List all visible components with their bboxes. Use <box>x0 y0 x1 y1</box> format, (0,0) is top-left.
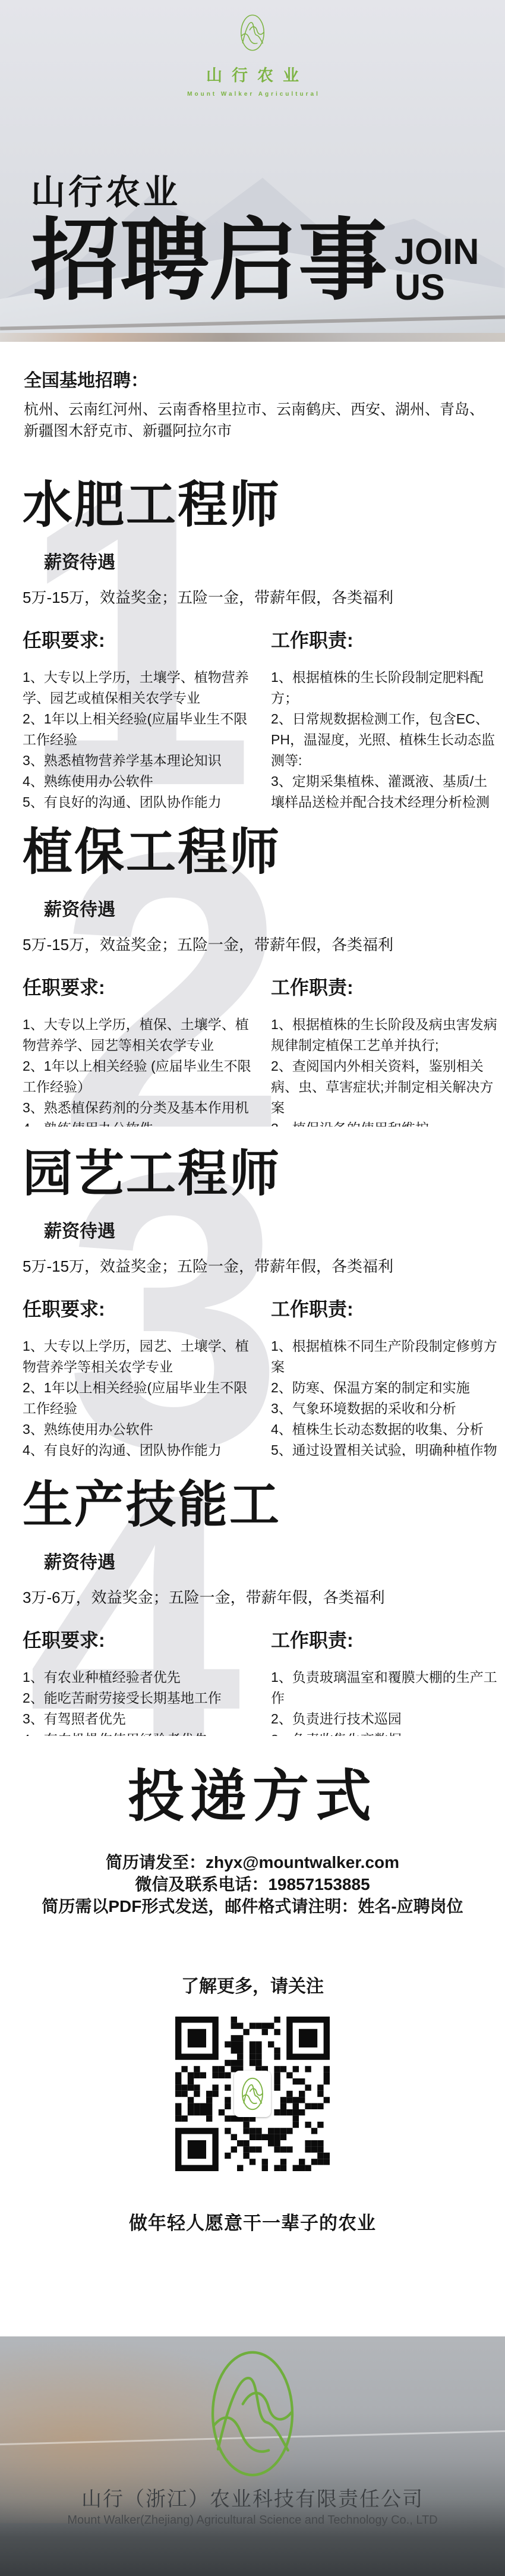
qr-code-block <box>175 2017 330 2171</box>
list-item: 3、熟悉植物营养学基本理论知识 <box>23 750 259 771</box>
requirements-heading: 任职要求: <box>23 973 259 1000</box>
apply-email-line: 简历请发至：zhyx@mountwalker.com <box>0 1851 505 1873</box>
list-item: 4、熟练使用办公软件 <box>23 1118 259 1127</box>
list-item: 2、日常规数据检测工作，包含EC、PH，温湿度，光照、植株生长动态监测等: <box>271 709 498 771</box>
duties-heading: 工作职责: <box>271 625 498 653</box>
requirements-list: 1、有农业种植经验者优先 2、能吃苦耐劳接受长期基地工作 3、有驾照者优先 4、… <box>23 1667 259 1736</box>
list-item: 1、负责玻璃温室和覆膜大棚的生产工作 <box>271 1667 498 1709</box>
hero-title-block: 山行农业 招聘启事 JOIN US <box>31 164 479 307</box>
follow-heading: 了解更多，请关注 <box>0 1971 505 1998</box>
list-item: 5、有良好的沟通、团队协作能力 <box>23 792 259 809</box>
requirements-list: 1、大专以上学历，植保、土壤学、植物营养学、园艺等相关农学专业 2、1年以上相关… <box>23 1014 259 1127</box>
mountain-circle-logo-icon <box>239 2077 266 2111</box>
national-bases-section: 全国基地招聘： 杭州、云南红河州、云南香格里拉市、云南鹤庆、西安、湖州、青岛、新… <box>0 342 505 452</box>
list-item: 2、能吃苦耐劳接受长期基地工作 <box>23 1688 259 1709</box>
salary-text: 5万-15万，效益奖金；五险一金，带薪年假，各类福利 <box>23 586 498 608</box>
poster-main-title: 招聘启事 <box>31 216 387 307</box>
list-item: 1、大专以上学历，植保、土壤学、植物营养学、园艺等相关农学专业 <box>23 1014 259 1056</box>
duties-heading: 工作职责: <box>271 1294 498 1322</box>
salary-text: 5万-15万，效益奖金；五险一金，带薪年假，各类福利 <box>23 1254 498 1276</box>
qr-center-logo <box>234 2071 271 2117</box>
list-item: 3、负责收集生产数据 <box>271 1729 498 1736</box>
list-item: 4、有良好的沟通、团队协作能力 <box>23 1440 259 1457</box>
list-item: 1、根据植株的生长阶段及病虫害发病规律制定植保工艺单并执行; <box>271 1014 498 1056</box>
list-item: 4、熟练使用办公软件 <box>23 771 259 792</box>
slogan-text: 做年轻人愿意干一辈子的农业 <box>0 2208 505 2235</box>
list-item: 2、查阅国内外相关资料，鉴别相关病、虫、草害症状;并制定相关解决方案 <box>271 1056 498 1118</box>
list-item: 1、大专以上学历，园艺、土壤学、植物营养学等相关农学专业 <box>23 1336 259 1377</box>
duties-list: 1、根据植株不同生产阶段制定修剪方案 2、防寒、保温方案的制定和实施 3、气象环… <box>271 1336 498 1457</box>
job-title: 植保工程师 <box>23 812 498 884</box>
list-item: 5、通过设置相关试验，明确种植作物的基本特性如花芽分化条件、植株枝性、芽性等 <box>271 1440 498 1457</box>
list-item: 1、根据植株不同生产阶段制定修剪方案 <box>271 1336 498 1377</box>
footer-mountain-logo-icon <box>198 2346 307 2481</box>
list-item: 3、熟练使用办公软件 <box>23 1419 259 1440</box>
list-item: 2、1年以上相关经验 (应届毕业生不限工作经验） <box>23 1056 259 1097</box>
salary-heading: 薪资待遇 <box>44 548 498 574</box>
list-item: 2、1年以上相关经验(应届毕业生不限工作经验 <box>23 709 259 750</box>
list-item: 4、有农机操作使用经验者优先 <box>23 1729 259 1736</box>
salary-heading: 薪资待遇 <box>44 1548 498 1574</box>
list-item: 1、大专以上学历，土壤学、植物营养学、园艺或植保相关农学专业 <box>23 667 259 709</box>
join-us-label: JOIN US <box>394 234 479 306</box>
apply-format-line: 简历需以PDF形式发送，邮件格式请注明：姓名-应聘岗位 <box>0 1895 505 1917</box>
list-item: 1、有农业种植经验者优先 <box>23 1667 259 1688</box>
job-section-production-worker: 4 生产技能工 薪资待遇 3万-6万，效益奖金；五险一金，带薪年假，各类福利 任… <box>0 1457 505 1736</box>
salary-heading: 薪资待遇 <box>44 1216 498 1243</box>
bases-heading: 全国基地招聘： <box>24 366 481 392</box>
brand-name-en: Mount Walker Agricultural <box>0 91 505 97</box>
job-section-horticulture-engineer: 3 园艺工程师 薪资待遇 5万-15万，效益奖金；五险一金，带薪年假，各类福利 … <box>0 1127 505 1457</box>
list-item: 4、植株生长动态数据的收集、分析 <box>271 1419 498 1440</box>
follow-section: 了解更多，请关注 做年轻人愿意干一辈子的农业 <box>0 1944 505 2336</box>
application-title: 投递方式 <box>0 1751 505 1832</box>
footer-section: 山行（浙江）农业科技有限责任公司 Mount Walker(Zhejiang) … <box>0 2336 505 2576</box>
salary-heading: 薪资待遇 <box>44 895 498 921</box>
duties-heading: 工作职责: <box>271 1625 498 1653</box>
job-section-irrigation-engineer: 1 水肥工程师 薪资待遇 5万-15万，效益奖金；五险一金，带薪年假，各类福利 … <box>0 452 505 809</box>
application-section: 投递方式 简历请发至：zhyx@mountwalker.com 微信及联系电话：… <box>0 1736 505 1944</box>
list-item: 3、定期采集植株、灌溉液、基质/土壤样品送检并配合技术经理分析检测结果 <box>271 771 498 809</box>
apply-wechat-phone-line: 微信及联系电话：19857153885 <box>0 1873 505 1895</box>
requirements-list: 1、大专以上学历，园艺、土壤学、植物营养学等相关农学专业 2、1年以上相关经验(… <box>23 1336 259 1457</box>
list-item: 2、负责进行技术巡园 <box>271 1709 498 1729</box>
duties-list: 1、根据植株的生长阶段及病虫害发病规律制定植保工艺单并执行; 2、查阅国内外相关… <box>271 1014 498 1127</box>
bases-locations: 杭州、云南红河州、云南香格里拉市、云南鹤庆、西安、湖州、青岛、新疆图木舒克市、新… <box>24 399 487 442</box>
brand-block: 山行农业 Mount Walker Agricultural <box>0 13 505 97</box>
job-section-plant-protection-engineer: 2 植保工程师 薪资待遇 5万-15万，效益奖金；五险一金，带薪年假，各类福利 … <box>0 809 505 1127</box>
photo-bottom-strip <box>0 333 505 342</box>
list-item: 3、熟悉植保药剂的分类及基本作用机 <box>23 1097 259 1118</box>
salary-text: 5万-15万，效益奖金；五险一金，带薪年假，各类福利 <box>23 933 498 955</box>
footer-company-name-en: Mount Walker(Zhejiang) Agricultural Scie… <box>0 2514 505 2527</box>
requirements-heading: 任职要求: <box>23 625 259 653</box>
job-title: 生产技能工 <box>23 1465 498 1537</box>
salary-text: 3万-6万，效益奖金；五险一金，带薪年假，各类福利 <box>23 1586 498 1608</box>
list-item: 3、有驾照者优先 <box>23 1709 259 1729</box>
list-item: 2、防寒、保温方案的制定和实施 <box>271 1377 498 1398</box>
list-item: 3、气象环境数据的采收和分析 <box>271 1398 498 1419</box>
requirements-heading: 任职要求: <box>23 1294 259 1322</box>
hero-company-name: 山行农业 <box>31 164 479 214</box>
requirements-list: 1、大专以上学历，土壤学、植物营养学、园艺或植保相关农学专业 2、1年以上相关经… <box>23 667 259 809</box>
duties-heading: 工作职责: <box>271 973 498 1000</box>
recruitment-poster: 山行农业 Mount Walker Agricultural 山行农业 招聘启事… <box>0 0 505 2576</box>
list-item: 2、1年以上相关经验(应届毕业生不限工作经验 <box>23 1377 259 1419</box>
mountain-circle-logo-icon <box>237 13 268 52</box>
footer-company-name-cn: 山行（浙江）农业科技有限责任公司 <box>0 2483 505 2512</box>
brand-name-cn: 山行农业 <box>0 62 505 86</box>
hero-banner: 山行农业 Mount Walker Agricultural 山行农业 招聘启事… <box>0 0 505 342</box>
list-item: 1、根据植株的生长阶段制定肥料配方； <box>271 667 498 709</box>
duties-list: 1、根据植株的生长阶段制定肥料配方； 2、日常规数据检测工作，包含EC、PH，温… <box>271 667 498 809</box>
list-item: 3、植保设备的使用和维护 <box>271 1118 498 1127</box>
requirements-heading: 任职要求: <box>23 1625 259 1653</box>
join-line1: JOIN <box>394 234 479 270</box>
job-title: 水肥工程师 <box>23 465 498 537</box>
job-title: 园艺工程师 <box>23 1134 498 1206</box>
join-line2: US <box>394 270 479 306</box>
duties-list: 1、负责玻璃温室和覆膜大棚的生产工作 2、负责进行技术巡园 3、负责收集生产数据… <box>271 1667 498 1736</box>
